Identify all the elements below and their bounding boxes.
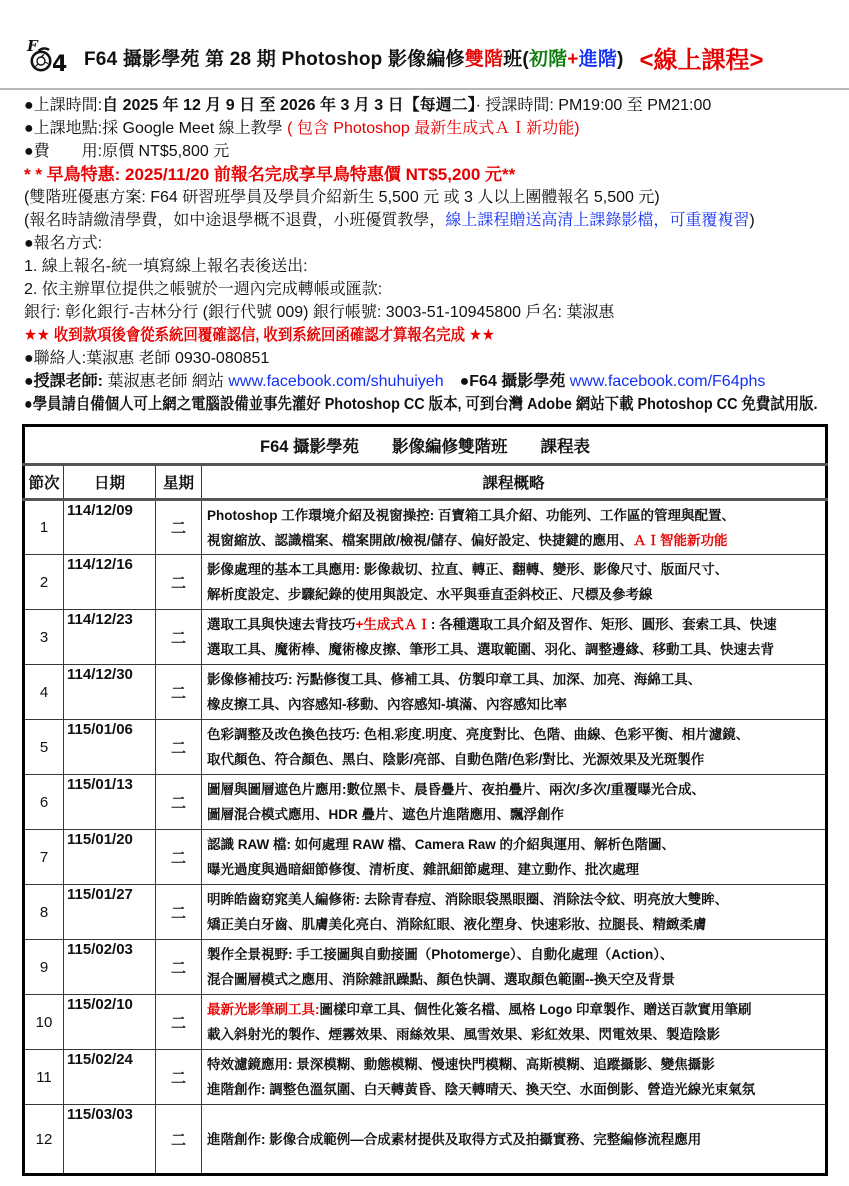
table-title: F64 攝影學苑 影像編修雙階班 課程表 xyxy=(24,426,827,465)
session-cell: 11 xyxy=(24,1050,64,1105)
outline-line: 曝光過度與過暗細節修復、清析度、雜訊細節處理、建立動作、批次處理 xyxy=(207,857,820,882)
text-segment: ● xyxy=(444,373,470,390)
info-line: 1. 線上報名-統一填寫線上報名表後送出: xyxy=(24,255,839,278)
text-segment: 選取工具與快速去背技巧 xyxy=(207,617,356,632)
outline-cell: 製作全景視野: 手工接圖與自動接圖（Photomerge）、自動化處理（Acti… xyxy=(202,940,827,995)
outline-line: 最新光影筆刷工具:圖樣印章工具、個性化簽名檔、風格 Logo 印章製作、贈送百款… xyxy=(207,997,820,1022)
text-segment: ★★ 收到款項後會從系統回覆確認信, 收到系統回函確認才算報名完成 ★★ xyxy=(24,327,495,344)
text-segment: 班( xyxy=(503,49,529,70)
outline-line: 視窗縮放、認識檔案、檔案開啟/檢視/儲存、偏好設定、快捷鍵的應用、ＡＩ智能新功能 xyxy=(207,528,820,553)
session-cell: 6 xyxy=(24,775,64,830)
info-line: ●上課地點:採 Google Meet 線上教學 ( 包含 Photoshop … xyxy=(24,117,839,140)
text-segment: 選取工具、魔術棒、魔術橡皮擦、筆形工具、選取範圍、羽化、調整邊緣、移動工具、快速… xyxy=(207,642,774,657)
weekday-cell: 二 xyxy=(156,720,202,775)
col-header-date: 日期 xyxy=(64,465,156,500)
weekday-cell: 二 xyxy=(156,555,202,610)
weekday-cell: 二 xyxy=(156,1050,202,1105)
text-segment: 明眸皓齒窈窕美人編修術: 去除青春痘、消除眼袋黑眼圈、消除法令紋、明亮放大雙眸、 xyxy=(207,892,728,907)
date-cell: 115/01/13 xyxy=(64,775,156,830)
date-cell: 115/01/27 xyxy=(64,885,156,940)
info-line: ●上課時間:自 2025 年 12 月 9 日 至 2026 年 3 月 3 日… xyxy=(24,94,839,117)
outline-cell: 選取工具與快速去背技巧+生成式ＡＩ: 各種選取工具介紹及習作、矩形、圓形、套索工… xyxy=(202,610,827,665)
table-row: 2114/12/16二影像處理的基本工具應用: 影像裁切、拉直、轉正、翻轉、變形… xyxy=(24,555,827,610)
text-segment: 銀行: 彰化銀行-吉林分行 (銀行代號 009) 銀行帳號: 3003-51-1… xyxy=(24,304,614,321)
col-header-outline: 課程概略 xyxy=(202,465,827,500)
weekday-cell: 二 xyxy=(156,885,202,940)
table-row: 5115/01/06二色彩調整及改色換色技巧: 色相.彩度.明度、亮度對比、色階… xyxy=(24,720,827,775)
text-segment: 製作全景視野: 手工接圖與自動接圖（Photomerge）、自動化處理（Acti… xyxy=(207,947,674,962)
f64-logo: F 4 xyxy=(26,38,74,76)
info-line: 銀行: 彰化銀行-吉林分行 (銀行代號 009) 銀行帳號: 3003-51-1… xyxy=(24,301,839,324)
outline-cell: Photoshop 工作環境介紹及視窗操控: 百寶箱工具介紹、功能列、工作區的管… xyxy=(202,500,827,555)
text-segment: 取代顏色、符合顏色、黑白、陰影/亮部、自動色階/色彩/對比、光源效果及光斑製作 xyxy=(207,752,704,767)
outline-line: 進階創作: 影像合成範例—合成素材提供及取得方式及拍攝實務、完整編修流程應用 xyxy=(207,1127,820,1152)
text-segment: ●費 用:原價 NT$5,800 元 xyxy=(24,143,229,160)
outline-line: 影像處理的基本工具應用: 影像裁切、拉直、轉正、翻轉、變形、影像尺寸、版面尺寸、 xyxy=(207,557,820,582)
date-cell: 115/01/20 xyxy=(64,830,156,885)
text-segment: 橡皮擦工具、內容感知-移動、內容感知-填滿、內容感知比率 xyxy=(207,697,567,712)
text-segment: ＡＩ智能新功能 xyxy=(633,533,728,548)
col-header-session: 節次 xyxy=(24,465,64,500)
outline-line: 選取工具與快速去背技巧+生成式ＡＩ: 各種選取工具介紹及習作、矩形、圓形、套索工… xyxy=(207,612,820,637)
outline-line: 混合圖層模式之應用、消除雜訊躁點、顏色快調、選取顏色範圍--換天空及背景 xyxy=(207,967,820,992)
text-segment: 影像修補技巧: 污點修復工具、修補工具、仿製印章工具、加深、加亮、海綿工具、 xyxy=(207,672,701,687)
facebook-link[interactable]: www.facebook.com/shuhuiyeh xyxy=(228,373,443,390)
text-segment: 雙階 xyxy=(465,49,503,70)
outline-line: 圖層混合模式應用、HDR 疊片、遮色片進階應用、飄浮創作 xyxy=(207,802,820,827)
session-cell: 4 xyxy=(24,665,64,720)
outline-line: 矯正美白牙齒、肌膚美化亮白、消除紅眼、液化塑身、快速彩妝、拉腿長、精緻柔膚 xyxy=(207,912,820,937)
info-line: 2. 依主辦單位提供之帳號於一週內完成轉帳或匯款: xyxy=(24,278,839,301)
text-segment: 初階 xyxy=(529,49,567,70)
table-row: 11115/02/24二特效濾鏡應用: 景深模糊、動態模糊、慢速快門模糊、高斯模… xyxy=(24,1050,827,1105)
info-line: ●報名方式: xyxy=(24,232,839,255)
info-section: ●上課時間:自 2025 年 12 月 9 日 至 2026 年 3 月 3 日… xyxy=(24,94,839,416)
text-segment: 混合圖層模式之應用、消除雜訊躁點、顏色快調、選取顏色範圍--換天空及背景 xyxy=(207,972,675,987)
info-line: ●學員請自備個人可上網之電腦設備並事先灌好 Photoshop CC 版本, 可… xyxy=(24,393,758,416)
outline-line: 明眸皓齒窈窕美人編修術: 去除青春痘、消除眼袋黑眼圈、消除法令紋、明亮放大雙眸、 xyxy=(207,887,820,912)
text-segment: F64 攝影學苑 xyxy=(469,373,569,390)
date-cell: 115/01/06 xyxy=(64,720,156,775)
info-line: ★★ 收到款項後會從系統回覆確認信, 收到系統回函確認才算報名完成 ★★ xyxy=(24,324,758,347)
text-segment: 色彩調整及改色換色技巧: 色相.彩度.明度、亮度對比、色階、曲線、色彩平衡、相片… xyxy=(207,727,749,742)
text-segment: (雙階班優惠方案: F64 研習班學員及學員介紹新生 5,500 元 或 3 人… xyxy=(24,189,660,206)
info-line: * * 早鳥特惠: 2025/11/20 前報名完成享早鳥特惠價 NT$5,20… xyxy=(24,163,839,186)
outline-line: 製作全景視野: 手工接圖與自動接圖（Photomerge）、自動化處理（Acti… xyxy=(207,942,820,967)
text-segment: 載入斜射光的製作、煙霧效果、雨絲效果、風雪效果、彩紅效果、閃電效果、製造陰影 xyxy=(207,1027,720,1042)
weekday-cell: 二 xyxy=(156,830,202,885)
text-segment: +生成式ＡＩ xyxy=(356,617,431,632)
text-segment: 自 2025 年 12 月 9 日 至 2026 年 3 月 3 日【每週二】 xyxy=(102,97,475,114)
text-segment: + xyxy=(567,49,578,70)
text-segment: ●聯絡人:葉淑惠 老師 0930-080851 xyxy=(24,350,269,367)
table-row: 7115/01/20二認識 RAW 檔: 如何處理 RAW 檔、Camera R… xyxy=(24,830,827,885)
table-row: 9115/02/03二製作全景視野: 手工接圖與自動接圖（Photomerge）… xyxy=(24,940,827,995)
text-segment: 葉淑惠老師 網站 xyxy=(107,373,228,390)
date-cell: 114/12/23 xyxy=(64,610,156,665)
weekday-cell: 二 xyxy=(156,500,202,555)
text-segment: 進階 xyxy=(579,49,617,70)
text-segment: 圖層與圖層遮色片應用:數位黑卡、晨昏疊片、夜拍疊片、兩次/多次/重覆曝光合成、 xyxy=(207,782,705,797)
text-segment: 最新光影筆刷工具: xyxy=(207,1002,320,1017)
text-segment: : 各種選取工具介紹及習作、矩形、圓形、套索工具、快速 xyxy=(431,617,777,632)
course-table: F64 攝影學苑 影像編修雙階班 課程表 節次 日期 星期 課程概略 1114/… xyxy=(22,424,828,1176)
text-segment: * * 早鳥特惠: 2025/11/20 前報名完成享早鳥特惠價 NT$5,20… xyxy=(24,165,515,184)
table-row: 3114/12/23二選取工具與快速去背技巧+生成式ＡＩ: 各種選取工具介紹及習… xyxy=(24,610,827,665)
text-segment: 線上課程贈送高清上課錄影檔，可重覆複習 xyxy=(445,212,749,229)
table-row: 8115/01/27二明眸皓齒窈窕美人編修術: 去除青春痘、消除眼袋黑眼圈、消除… xyxy=(24,885,827,940)
outline-line: 解析度設定、步驟紀錄的使用與設定、水平與垂直歪斜校正、尺標及參考線 xyxy=(207,582,820,607)
table-title-row: F64 攝影學苑 影像編修雙階班 課程表 xyxy=(24,426,827,465)
text-segment: (報名時請繳清學費，如中途退學概不退費，小班優質教學， xyxy=(24,212,445,229)
col-header-weekday: 星期 xyxy=(156,465,202,500)
info-line: ●授課老師: 葉淑惠老師 網站 www.facebook.com/shuhuiy… xyxy=(24,370,839,393)
table-row: 1114/12/09二Photoshop 工作環境介紹及視窗操控: 百寶箱工具介… xyxy=(24,500,827,555)
date-cell: 114/12/16 xyxy=(64,555,156,610)
page-title: F64 攝影學苑 第 28 期 Photoshop 影像編修雙階班(初階+進階) xyxy=(84,44,624,71)
outline-cell: 進階創作: 影像合成範例—合成素材提供及取得方式及拍攝實務、完整編修流程應用 xyxy=(202,1105,827,1175)
table-row: 12115/03/03二進階創作: 影像合成範例—合成素材提供及取得方式及拍攝實… xyxy=(24,1105,827,1175)
outline-cell: 最新光影筆刷工具:圖樣印章工具、個性化簽名檔、風格 Logo 印章製作、贈送百款… xyxy=(202,995,827,1050)
text-segment: 進階創作: 影像合成範例—合成素材提供及取得方式及拍攝實務、完整編修流程應用 xyxy=(207,1132,701,1147)
text-segment: · 授課時間: PM19:00 至 PM21:00 xyxy=(476,97,712,114)
outline-cell: 色彩調整及改色換色技巧: 色相.彩度.明度、亮度對比、色階、曲線、色彩平衡、相片… xyxy=(202,720,827,775)
table-row: 6115/01/13二圖層與圖層遮色片應用:數位黑卡、晨昏疊片、夜拍疊片、兩次/… xyxy=(24,775,827,830)
date-cell: 115/02/10 xyxy=(64,995,156,1050)
date-cell: 114/12/30 xyxy=(64,665,156,720)
weekday-cell: 二 xyxy=(156,1105,202,1175)
info-line: (報名時請繳清學費，如中途退學概不退費，小班優質教學，線上課程贈送高清上課錄影檔… xyxy=(24,209,839,232)
text-segment: 認識 RAW 檔: 如何處理 RAW 檔、Camera Raw 的介紹與運用、解… xyxy=(207,837,675,852)
table-header-row: 節次 日期 星期 課程概略 xyxy=(24,465,827,500)
text-segment: 1. 線上報名-統一填寫線上報名表後送出: xyxy=(24,258,308,275)
date-cell: 114/12/09 xyxy=(64,500,156,555)
weekday-cell: 二 xyxy=(156,665,202,720)
text-segment: 圖樣印章工具、個性化簽名檔、風格 Logo 印章製作、贈送百款實用筆刷 xyxy=(320,1002,752,1017)
text-segment: 特效濾鏡應用: 景深模糊、動態模糊、慢速快門模糊、高斯模糊、追蹤攝影、變焦攝影 xyxy=(207,1057,715,1072)
date-cell: 115/03/03 xyxy=(64,1105,156,1175)
text-segment: 影像處理的基本工具應用: 影像裁切、拉直、轉正、翻轉、變形、影像尺寸、版面尺寸、 xyxy=(207,562,728,577)
outline-cell: 圖層與圖層遮色片應用:數位黑卡、晨昏疊片、夜拍疊片、兩次/多次/重覆曝光合成、圖… xyxy=(202,775,827,830)
session-cell: 7 xyxy=(24,830,64,885)
outline-line: 進階創作: 調整色溫氛圍、白天轉黃昏、陰天轉晴天、換天空、水面倒影、營造光線光束… xyxy=(207,1077,820,1102)
online-course-tag: <線上課程> xyxy=(640,40,764,75)
text-segment: 矯正美白牙齒、肌膚美化亮白、消除紅眼、液化塑身、快速彩妝、拉腿長、精緻柔膚 xyxy=(207,917,707,932)
outline-line: 取代顏色、符合顏色、黑白、陰影/亮部、自動色階/色彩/對比、光源效果及光斑製作 xyxy=(207,747,820,772)
session-cell: 12 xyxy=(24,1105,64,1175)
outline-line: 色彩調整及改色換色技巧: 色相.彩度.明度、亮度對比、色階、曲線、色彩平衡、相片… xyxy=(207,722,820,747)
text-segment: 曝光過度與過暗細節修復、清析度、雜訊細節處理、建立動作、批次處理 xyxy=(207,862,639,877)
info-line: ●聯絡人:葉淑惠 老師 0930-080851 xyxy=(24,347,839,370)
text-segment: 圖層混合模式應用、HDR 疊片、遮色片進階應用、飄浮創作 xyxy=(207,807,564,822)
text-segment: 進階創作: 調整色溫氛圍、白天轉黃昏、陰天轉晴天、換天空、水面倒影、營造光線光束… xyxy=(207,1082,755,1097)
outline-line: 圖層與圖層遮色片應用:數位黑卡、晨昏疊片、夜拍疊片、兩次/多次/重覆曝光合成、 xyxy=(207,777,820,802)
weekday-cell: 二 xyxy=(156,940,202,995)
outline-line: Photoshop 工作環境介紹及視窗操控: 百寶箱工具介紹、功能列、工作區的管… xyxy=(207,503,820,528)
session-cell: 8 xyxy=(24,885,64,940)
outline-line: 橡皮擦工具、內容感知-移動、內容感知-填滿、內容感知比率 xyxy=(207,692,820,717)
outline-cell: 明眸皓齒窈窕美人編修術: 去除青春痘、消除眼袋黑眼圈、消除法令紋、明亮放大雙眸、… xyxy=(202,885,827,940)
date-cell: 115/02/03 xyxy=(64,940,156,995)
outline-cell: 認識 RAW 檔: 如何處理 RAW 檔、Camera Raw 的介紹與運用、解… xyxy=(202,830,827,885)
text-segment: ( 包含 Photoshop 最新生成式ＡＩ新功能) xyxy=(287,120,580,137)
page: F 4 F64 攝影學苑 第 28 期 Photoshop 影像編修雙階班(初階… xyxy=(0,0,849,1186)
outline-cell: 特效濾鏡應用: 景深模糊、動態模糊、慢速快門模糊、高斯模糊、追蹤攝影、變焦攝影進… xyxy=(202,1050,827,1105)
outline-line: 認識 RAW 檔: 如何處理 RAW 檔、Camera Raw 的介紹與運用、解… xyxy=(207,832,820,857)
text-segment: ●上課時間: xyxy=(24,97,102,114)
svg-text:4: 4 xyxy=(52,52,67,76)
weekday-cell: 二 xyxy=(156,995,202,1050)
text-segment: ) xyxy=(749,212,754,229)
text-segment: 解析度設定、步驟紀錄的使用與設定、水平與垂直歪斜校正、尺標及參考線 xyxy=(207,587,653,602)
header-divider xyxy=(0,88,849,90)
course-table-wrap: F64 攝影學苑 影像編修雙階班 課程表 節次 日期 星期 課程概略 1114/… xyxy=(22,424,828,1176)
text-segment: 2. 依主辦單位提供之帳號於一週內完成轉帳或匯款: xyxy=(24,281,382,298)
info-line: ●費 用:原價 NT$5,800 元 xyxy=(24,140,839,163)
text-segment: 視窗縮放、認識檔案、檔案開啟/檢視/儲存、偏好設定、快捷鍵的應用、 xyxy=(207,533,633,548)
session-cell: 10 xyxy=(24,995,64,1050)
text-segment: F64 攝影學苑 第 28 期 Photoshop 影像編修 xyxy=(84,49,465,70)
weekday-cell: 二 xyxy=(156,775,202,830)
outline-cell: 影像處理的基本工具應用: 影像裁切、拉直、轉正、翻轉、變形、影像尺寸、版面尺寸、… xyxy=(202,555,827,610)
text-segment: Photoshop 工作環境介紹及視窗操控: 百寶箱工具介紹、功能列、工作區的管… xyxy=(207,508,735,523)
outline-line: 載入斜射光的製作、煙霧效果、雨絲效果、風雪效果、彩紅效果、閃電效果、製造陰影 xyxy=(207,1022,820,1047)
session-cell: 5 xyxy=(24,720,64,775)
text-segment: ●學員請自備個人可上網之電腦設備並事先灌好 Photoshop CC 版本, 可… xyxy=(24,396,817,413)
text-segment: ) xyxy=(617,49,624,70)
info-line: (雙階班優惠方案: F64 研習班學員及學員介紹新生 5,500 元 或 3 人… xyxy=(24,186,839,209)
text-segment: ●報名方式: xyxy=(24,235,102,252)
text-segment: ●授課老師: xyxy=(24,373,107,390)
text-segment: ●上課地點:採 Google Meet 線上教學 xyxy=(24,120,287,137)
table-row: 10115/02/10二最新光影筆刷工具:圖樣印章工具、個性化簽名檔、風格 Lo… xyxy=(24,995,827,1050)
session-cell: 3 xyxy=(24,610,64,665)
session-cell: 1 xyxy=(24,500,64,555)
document-header: F 4 F64 攝影學苑 第 28 期 Photoshop 影像編修雙階班(初階… xyxy=(26,38,835,76)
session-cell: 2 xyxy=(24,555,64,610)
outline-line: 選取工具、魔術棒、魔術橡皮擦、筆形工具、選取範圍、羽化、調整邊緣、移動工具、快速… xyxy=(207,637,820,662)
weekday-cell: 二 xyxy=(156,610,202,665)
facebook-link[interactable]: www.facebook.com/F64phs xyxy=(570,373,766,390)
table-row: 4114/12/30二影像修補技巧: 污點修復工具、修補工具、仿製印章工具、加深… xyxy=(24,665,827,720)
date-cell: 115/02/24 xyxy=(64,1050,156,1105)
outline-cell: 影像修補技巧: 污點修復工具、修補工具、仿製印章工具、加深、加亮、海綿工具、橡皮… xyxy=(202,665,827,720)
session-cell: 9 xyxy=(24,940,64,995)
outline-line: 特效濾鏡應用: 景深模糊、動態模糊、慢速快門模糊、高斯模糊、追蹤攝影、變焦攝影 xyxy=(207,1052,820,1077)
outline-line: 影像修補技巧: 污點修復工具、修補工具、仿製印章工具、加深、加亮、海綿工具、 xyxy=(207,667,820,692)
